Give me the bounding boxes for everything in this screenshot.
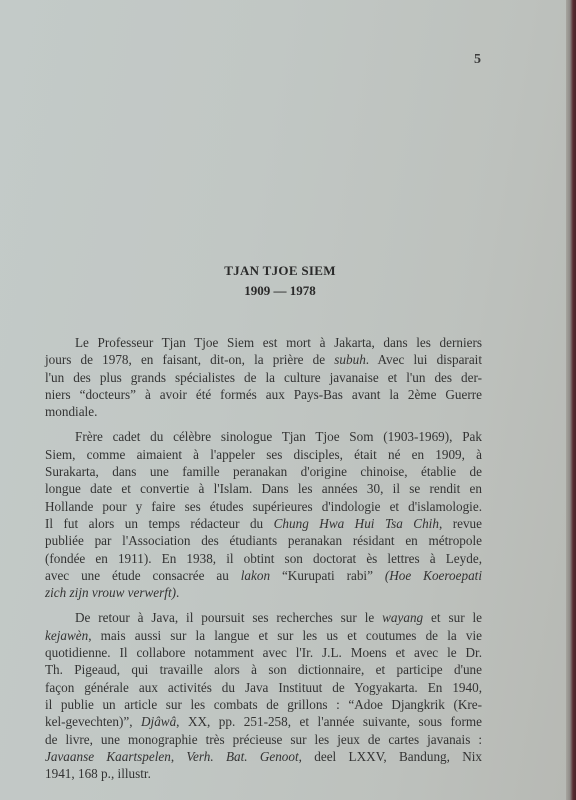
- text-segment: Frère cadet du célèbre sinologue Tjan Tj…: [75, 429, 482, 444]
- text-segment: (fondée en 1911). En 1938, il obtint son…: [45, 551, 482, 566]
- text-segment: longue date et convertie à l'Islam. Dans…: [45, 481, 482, 496]
- text-line: kejawèn, mais aussi sur la langue et sur…: [45, 627, 482, 644]
- text-segment: Surakarta, dans une famille peranakan d'…: [45, 464, 482, 479]
- text-segment: Le Professeur Tjan Tjoe Siem est mort à …: [75, 335, 482, 350]
- text-segment: quotidienne. Il collabore notamment avec…: [45, 645, 482, 660]
- text-line: Th. Pigeaud, qui travaille alors à son d…: [45, 661, 482, 678]
- text-line: 1941, 168 p., illustr.: [45, 765, 482, 782]
- italic-text: kejawèn: [45, 628, 88, 643]
- italic-text: Chung Hwa Hui Tsa Chih: [274, 516, 439, 531]
- text-line: quotidienne. Il collabore notamment avec…: [45, 644, 482, 661]
- text-line: Frère cadet du célèbre sinologue Tjan Tj…: [45, 428, 482, 445]
- text-line: Javaanse Kaartspelen, Verh. Bat. Genoot,…: [45, 748, 482, 765]
- text-line: kel-gevechten)”, Djâwâ, XX, pp. 251-258,…: [45, 713, 482, 730]
- text-segment: publiée par l'Association des étudiants …: [45, 533, 482, 548]
- text-segment: 1941, 168 p., illustr.: [45, 766, 151, 781]
- text-segment: , XX, pp. 251-258, et l'année suivante, …: [176, 714, 482, 729]
- text-line: avec une étude consacrée au lakon “Kurup…: [45, 567, 482, 584]
- text-segment: avec une étude consacrée au: [45, 568, 241, 583]
- italic-text: wayang: [382, 610, 423, 625]
- heading-title: TJAN TJOE SIEM: [150, 262, 410, 280]
- text-line: de livre, une monographie très précieuse…: [45, 731, 482, 748]
- text-line: longue date et convertie à l'Islam. Dans…: [45, 480, 482, 497]
- heading-dates: 1909 — 1978: [150, 282, 410, 300]
- text-segment: .: [176, 585, 179, 600]
- italic-text: (Hoe Koeroepati: [385, 568, 482, 583]
- text-line: zich zijn vrouw verwerft).: [45, 584, 482, 601]
- text-segment: et sur le: [423, 610, 482, 625]
- text-line: Hollande pour y faire ses études supérie…: [45, 498, 482, 515]
- text-line: niers “docteurs” à avoir été formés aux …: [45, 386, 482, 403]
- text-segment: mondiale.: [45, 404, 97, 419]
- paragraph: Frère cadet du célèbre sinologue Tjan Tj…: [45, 428, 482, 601]
- italic-text: Djâwâ: [141, 714, 176, 729]
- text-line: jours de 1978, en faisant, dit-on, la pr…: [45, 351, 482, 368]
- text-segment: Siem, comme aimaient à l'appeler ses dis…: [45, 447, 482, 462]
- text-line: mondiale.: [45, 403, 482, 420]
- page-number: 5: [474, 52, 481, 68]
- paragraph: Le Professeur Tjan Tjoe Siem est mort à …: [45, 334, 482, 420]
- book-spine-edge: [566, 0, 576, 800]
- text-segment: kel-gevechten)”,: [45, 714, 141, 729]
- text-segment: . Avec lui disparait: [366, 352, 482, 367]
- italic-text: zich zijn vrouw verwerft): [45, 585, 176, 600]
- text-segment: niers “docteurs” à avoir été formés aux …: [45, 387, 482, 402]
- text-segment: il publie un article sur les combats de …: [45, 697, 482, 712]
- text-segment: , revue: [439, 516, 482, 531]
- text-segment: façon générale aux activités du Java Ins…: [45, 680, 482, 695]
- italic-text: Verh. Bat. Genoot: [186, 749, 298, 764]
- obituary-heading: TJAN TJOE SIEM 1909 — 1978: [150, 262, 410, 300]
- text-line: Surakarta, dans une famille peranakan d'…: [45, 463, 482, 480]
- text-segment: , mais aussi sur la langue et sur les us…: [88, 628, 482, 643]
- book-page: 5 TJAN TJOE SIEM 1909 — 1978 Le Professe…: [0, 0, 566, 800]
- text-line: Le Professeur Tjan Tjoe Siem est mort à …: [45, 334, 482, 351]
- text-segment: de livre, une monographie très précieuse…: [45, 732, 482, 747]
- text-segment: De retour à Java, il poursuit ses recher…: [75, 610, 382, 625]
- text-segment: jours de 1978, en faisant, dit-on, la pr…: [45, 352, 334, 367]
- text-line: Siem, comme aimaient à l'appeler ses dis…: [45, 446, 482, 463]
- text-line: façon générale aux activités du Java Ins…: [45, 679, 482, 696]
- text-line: Il fut alors un temps rédacteur du Chung…: [45, 515, 482, 532]
- text-segment: ,: [171, 749, 187, 764]
- text-segment: Th. Pigeaud, qui travaille alors à son d…: [45, 662, 482, 677]
- text-line: publiée par l'Association des étudiants …: [45, 532, 482, 549]
- italic-text: subuh: [334, 352, 366, 367]
- text-segment: l'un des plus grands spécialistes de la …: [45, 370, 482, 385]
- text-segment: Il fut alors un temps rédacteur du: [45, 516, 274, 531]
- text-line: (fondée en 1911). En 1938, il obtint son…: [45, 550, 482, 567]
- paragraph: De retour à Java, il poursuit ses recher…: [45, 609, 482, 782]
- italic-text: lakon: [241, 568, 270, 583]
- body-text: Le Professeur Tjan Tjoe Siem est mort à …: [45, 334, 482, 790]
- text-segment: Hollande pour y faire ses études supérie…: [45, 499, 482, 514]
- text-line: il publie un article sur les combats de …: [45, 696, 482, 713]
- italic-text: Javaanse Kaartspelen: [45, 749, 171, 764]
- text-segment: “Kurupati rabi”: [270, 568, 385, 583]
- text-line: l'un des plus grands spécialistes de la …: [45, 369, 482, 386]
- text-line: De retour à Java, il poursuit ses recher…: [45, 609, 482, 626]
- text-segment: , deel LXXV, Bandung, Nix: [299, 749, 482, 764]
